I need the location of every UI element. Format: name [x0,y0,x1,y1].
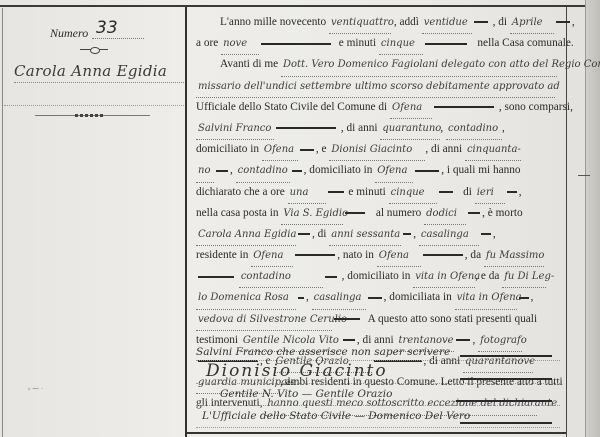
record-line-9: dichiarato che a ore una e minuti cinque… [196,182,560,203]
printed-text: , [440,122,443,134]
printed-text: , [493,228,496,240]
printed-text: residente in [196,249,248,261]
record-line-14: lo Domenica Rosa, casalinga, domiciliata… [196,287,560,308]
margin-scribble: ⸗ ⁓ · [28,385,43,393]
binding-mark [578,175,590,176]
printed-text: al numero [376,207,422,219]
handwritten-year: ventiquattro [329,12,391,34]
top-border [0,5,585,7]
printed-text: nella casa posta in [196,207,279,219]
record-line-3: Avanti di me Dott. Vero Domenico Fagiola… [196,54,560,75]
printed-text: , sono comparsi, [499,101,573,113]
handwritten-street: Via S. Egidio [281,203,343,225]
record-line-5: Ufficiale dello Stato Civile del Comune … [196,97,560,118]
handwritten-age: cinquanta- [465,139,521,161]
handwritten-birthplace: Ofena [377,245,421,267]
handwritten-domicile: Ofena [262,139,298,161]
printed-text: Avanti di me [220,58,278,70]
signature-line-note: Salvini Franco che asserisce non saper s… [196,342,560,361]
printed-text: nella Casa comunale. [477,37,573,49]
column-divider [185,7,187,437]
signature-witnesses: Gentile N. Vito — Gentile Orazio [196,388,392,400]
right-border [566,7,567,437]
printed-text: , [413,228,416,240]
printed-text: , e [316,143,327,155]
printed-text: , domiciliato in [304,164,373,176]
printed-text: , e da [475,270,499,282]
handwritten-illiterate-note: Salvini Franco che asserisce non saper s… [196,346,450,358]
printed-text: , da [465,249,481,261]
printed-text: , è morto [482,207,522,219]
printed-text: , di anni [341,122,378,134]
printed-text: , [502,122,505,134]
signature-line-witnesses: Gentile N. Vito — Gentile Orazio [196,384,560,406]
handwritten-mother: fu Di Leg- [502,266,546,288]
printed-text: , [531,291,534,303]
signature-block: Salvini Franco che asserisce non saper s… [196,342,560,428]
margin-ornament-icon [35,115,150,116]
printed-text: e minuti [348,186,385,198]
subject-name-margin: Carola Anna Egidia [14,62,184,83]
handwritten-occupation: contadino [236,160,290,182]
printed-text: , di [312,228,326,240]
handwritten-hour: nove [221,33,259,55]
handwritten-day: ventidue [422,12,472,34]
printed-text: L'anno mille novecento [220,16,326,28]
handwritten-age: quarantuno [380,118,440,140]
handwritten-occupation: casalinga [312,287,366,309]
printed-text: Ufficiale dello Stato Civile del Comune … [196,101,387,113]
printed-text: di [463,186,472,198]
signature-declarant: Dionisio Giacinto [196,361,388,381]
printed-text: , domiciliato in [342,270,411,282]
document-page: Numero 33 Carola Anna Egidia L'anno mill… [0,0,600,437]
record-line-13: , domiciliato in contadino , domiciliato… [196,266,560,287]
printed-text: , domiciliata in [384,291,452,303]
printed-text: , [230,164,233,176]
handwritten-occupation: contadino [446,118,502,140]
record-line-8: no, contadino, domiciliato in Ofena, i q… [196,160,560,181]
printed-text: dichiarato che a ore [196,186,285,198]
printed-text: A questo atto sono stati presenti quali [368,313,537,325]
handwritten-domicile: vita in Ofena [455,287,517,309]
handwritten-age-cont: no [196,160,214,182]
handwritten-minutes: cinque [389,182,437,204]
printed-text: e minuti [339,37,376,49]
margin-rule [4,105,184,106]
record-line-1: L'anno mille novecento ventiquattro , ad… [196,12,560,33]
handwritten-declarant-2: Dionisi Giacinto [329,139,425,161]
signature-officer: L'Ufficiale dello Stato Civile — Domenic… [196,410,470,422]
record-line-15: vedova di Silvestrone Cerulio A questo a… [196,309,560,330]
ornament-icon [80,47,108,53]
record-line-7: domiciliato in Ofena, e Dionisi Giacinto… [196,139,560,160]
signature-line-declarant: Dionisio Giacinto [196,361,560,384]
record-line-2: a ore nove e minuti cinque nella Casa co… [196,33,560,54]
printed-text: , [519,186,522,198]
numero-label: Numero [50,26,88,41]
record-line-4: missario dell'undici settembre ultimo sc… [196,76,560,97]
printed-text: a ore [196,37,218,49]
record-line-11: Carola Anna Egidia, di anni sessanta, ca… [196,224,560,245]
printed-text: , nato in [337,249,374,261]
printed-text: , addì [394,16,419,28]
bottom-border [187,432,566,434]
handwritten-declarant-1: Salvini Franco [196,118,274,140]
signature-line-officer: L'Ufficiale dello Stato Civile — Domenic… [196,406,560,428]
handwritten-delegation: missario dell'undici settembre ultimo sc… [196,76,555,98]
handwritten-officer: Dott. Vero Domenico Fagiolani delegato c… [281,54,557,76]
printed-text: , i quali mi hanno [441,164,520,176]
record-line-12: residente in Ofena, nato in Ofena, da fu… [196,245,560,266]
record-line-6: Salvini Franco , di anni quarantuno, con… [196,118,560,139]
handwritten-minutes: cinque [379,33,423,55]
handwritten-hour: una [288,182,326,204]
handwritten-deceased-name: Carola Anna Egidia [196,224,296,246]
handwritten-day: ieri [475,182,505,204]
handwritten-father: fu Massimo [484,245,544,267]
handwritten-domicile: vita in Ofena [413,266,475,288]
handwritten-age: anni sessanta [329,224,401,246]
printed-text: , di anni [425,143,462,155]
handwritten-month: Aprile [510,12,554,34]
record-number: 33 [92,18,144,39]
handwritten-occupation: casalinga [419,224,479,246]
handwritten-occupation: contadino [239,266,323,288]
printed-text: domiciliato in [196,143,259,155]
handwritten-mother-name: lo Domenica Rosa [196,287,296,309]
handwritten-house-number: dodici [424,203,466,225]
handwritten-domicile: Ofena [375,160,413,182]
printed-text: , [306,291,309,303]
record-line-10: nella casa posta in Via S. Egidio al num… [196,203,560,224]
printed-text: , di [493,16,507,28]
handwritten-widow-of: vedova di Silvestrone Cerulio [196,309,332,331]
printed-text: , [572,16,575,28]
handwritten-residence: Ofena [251,245,293,267]
handwritten-comune: Ofena [390,97,432,119]
